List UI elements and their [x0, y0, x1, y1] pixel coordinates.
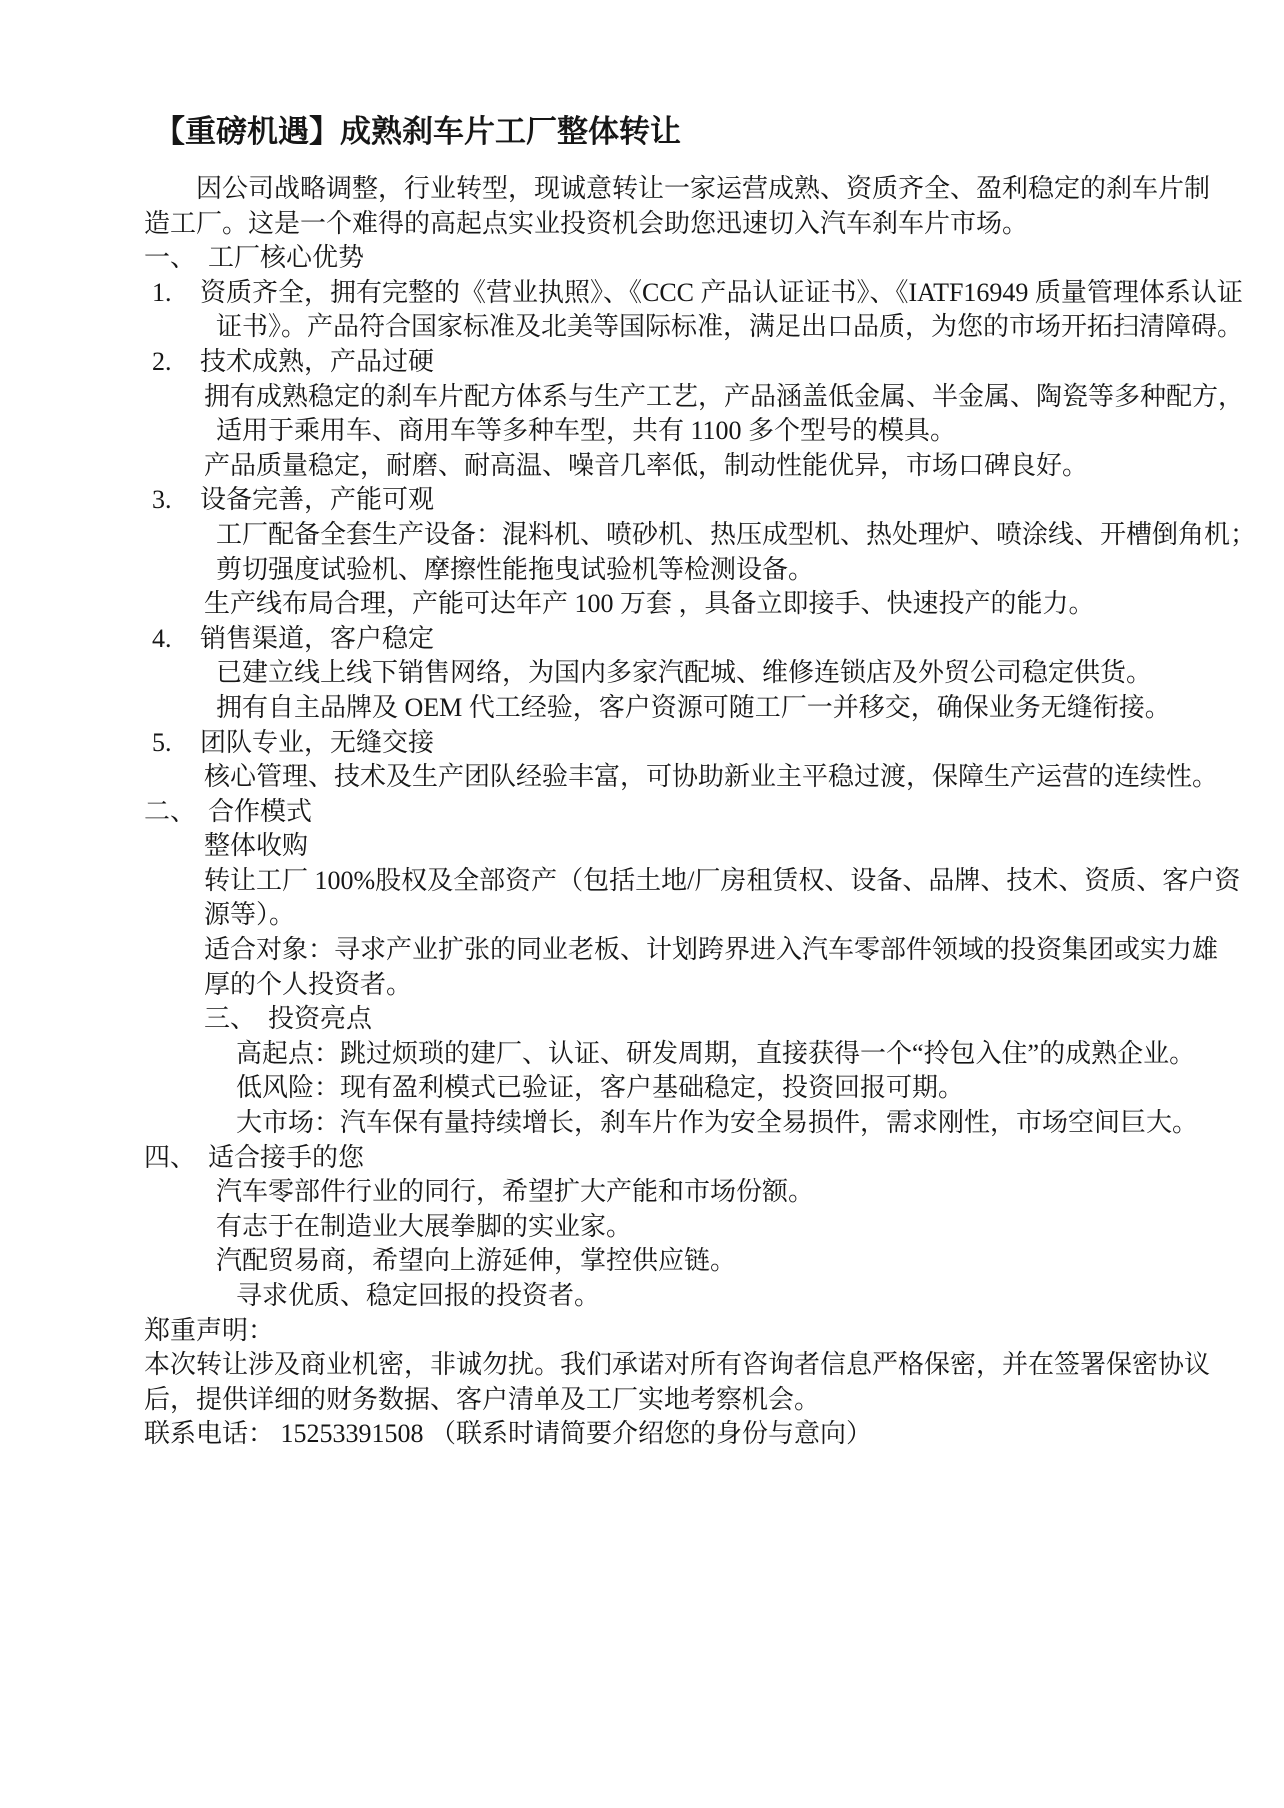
line-text: 源等）。	[204, 900, 295, 929]
text-line: 本次转让涉及商业机密，非诚勿扰。我们承诺对所有咨询者信息严格保密，并在签署保密协…	[144, 1348, 1154, 1383]
line-text: 后，提供详细的财务数据、客户清单及工厂实地考察机会。	[144, 1385, 820, 1414]
line-text: 核心管理、技术及生产团队经验丰富，可协助新业主平稳过渡，保障生产运营的连续性。	[204, 762, 1218, 791]
section-heading: 二、合作模式	[144, 795, 1154, 830]
section-heading: 一、工厂核心优势	[144, 241, 1154, 276]
text-line: 适合对象：寻求产业扩张的同业老板、计划跨界进入汽车零部件领域的投资集团或实力雄	[144, 933, 1154, 968]
text-line: 厚的个人投资者。	[144, 968, 1154, 1003]
text-line: 高起点：跳过烦琐的建厂、认证、研发周期，直接获得一个“拎包入住”的成熟企业。	[144, 1037, 1154, 1072]
document-body: 因公司战略调整，行业转型，现诚意转让一家运营成熟、资质齐全、盈利稳定的刹车片制造…	[144, 172, 1154, 1452]
text-line: 有志于在制造业大展拳脚的实业家。	[144, 1210, 1154, 1245]
section-heading: 三、投资亮点	[144, 1002, 1154, 1037]
line-text: 剪切强度试验机、摩擦性能拖曳试验机等检测设备。	[216, 555, 814, 584]
line-text: 造工厂。这是一个难得的高起点实业投资机会助您迅速切入汽车刹车片市场。	[144, 209, 1028, 238]
text-line: 低风险：现有盈利模式已验证，客户基础稳定，投资回报可期。	[144, 1071, 1154, 1106]
text-line: 生产线布局合理，产能可达年产 100 万套 ，具备立即接手、快速投产的能力。	[144, 587, 1154, 622]
list-marker: 3.	[144, 483, 200, 518]
text-line: 产品质量稳定，耐磨、耐高温、噪音几率低，制动性能优异，市场口碑良好。	[144, 449, 1154, 484]
section-heading: 四、适合接手的您	[144, 1141, 1154, 1176]
text-line: 源等）。	[144, 898, 1154, 933]
text-line: 工厂配备全套生产设备：混料机、喷砂机、热压成型机、热处理炉、喷涂线、开槽倒角机；	[144, 518, 1154, 553]
line-text: 资质齐全，拥有完整的《营业执照》、《CCC 产品认证证书》、《IATF16949…	[200, 278, 1243, 307]
line-text: 大市场：汽车保有量持续增长，刹车片作为安全易损件，需求刚性，市场空间巨大。	[236, 1108, 1198, 1137]
line-text: 团队专业，无缝交接	[200, 728, 434, 757]
line-text: 汽配贸易商，希望向上游延伸，掌控供应链。	[216, 1246, 736, 1275]
line-text: 产品质量稳定，耐磨、耐高温、噪音几率低，制动性能优异，市场口碑良好。	[204, 451, 1088, 480]
text-line: 适用于乘用车、商用车等多种车型，共有 1100 多个型号的模具。	[144, 414, 1154, 449]
numbered-item: 4.销售渠道，客户稳定	[144, 622, 1154, 657]
text-line: 郑重声明：	[144, 1314, 1154, 1349]
list-marker: 4.	[144, 622, 200, 657]
text-line: 造工厂。这是一个难得的高起点实业投资机会助您迅速切入汽车刹车片市场。	[144, 207, 1154, 242]
line-text: 寻求优质、稳定回报的投资者。	[236, 1281, 600, 1310]
line-text: 本次转让涉及商业机密，非诚勿扰。我们承诺对所有咨询者信息严格保密，并在签署保密协…	[144, 1350, 1210, 1379]
list-marker: 二、	[144, 795, 208, 830]
text-line: 寻求优质、稳定回报的投资者。	[144, 1279, 1154, 1314]
numbered-item: 1.资质齐全，拥有完整的《营业执照》、《CCC 产品认证证书》、《IATF169…	[144, 276, 1154, 311]
line-text: 整体收购	[204, 831, 308, 860]
numbered-item: 3.设备完善，产能可观	[144, 483, 1154, 518]
list-marker: 1.	[144, 276, 200, 311]
line-text: 合作模式	[208, 797, 312, 826]
list-marker: 2.	[144, 345, 200, 380]
line-text: 低风险：现有盈利模式已验证，客户基础稳定，投资回报可期。	[236, 1073, 964, 1102]
line-text: 技术成熟，产品过硬	[200, 347, 434, 376]
list-marker: 5.	[144, 726, 200, 761]
line-text: 生产线布局合理，产能可达年产 100 万套 ，具备立即接手、快速投产的能力。	[204, 589, 1095, 618]
text-line: 已建立线上线下销售网络，为国内多家汽配城、维修连锁店及外贸公司稳定供货。	[144, 656, 1154, 691]
text-line: 拥有成熟稳定的刹车片配方体系与生产工艺，产品涵盖低金属、半金属、陶瓷等多种配方，	[144, 380, 1154, 415]
line-text: 厚的个人投资者。	[204, 970, 412, 999]
line-text: 适合接手的您	[208, 1143, 364, 1172]
line-text: 证书》。产品符合国家标准及北美等国际标准，满足出口品质，为您的市场开拓扫清障碍。	[216, 312, 1243, 341]
line-text: 适用于乘用车、商用车等多种车型，共有 1100 多个型号的模具。	[216, 416, 956, 445]
text-line: 汽车零部件行业的同行，希望扩大产能和市场份额。	[144, 1175, 1154, 1210]
line-text: 汽车零部件行业的同行，希望扩大产能和市场份额。	[216, 1177, 814, 1206]
text-line: 整体收购	[144, 829, 1154, 864]
text-line: 后，提供详细的财务数据、客户清单及工厂实地考察机会。	[144, 1383, 1154, 1418]
line-text: 拥有成熟稳定的刹车片配方体系与生产工艺，产品涵盖低金属、半金属、陶瓷等多种配方，	[204, 382, 1244, 411]
text-line: 因公司战略调整，行业转型，现诚意转让一家运营成熟、资质齐全、盈利稳定的刹车片制	[144, 172, 1154, 207]
text-line: 联系电话： 15253391508 （联系时请简要介绍您的身份与意向）	[144, 1417, 1154, 1452]
line-text: 拥有自主品牌及 OEM 代工经验，客户资源可随工厂一并移交，确保业务无缝衔接。	[216, 693, 1171, 722]
document-title: 【重磅机遇】成熟刹车片工厂整体转让	[154, 112, 1154, 152]
text-line: 拥有自主品牌及 OEM 代工经验，客户资源可随工厂一并移交，确保业务无缝衔接。	[144, 691, 1154, 726]
text-line: 汽配贸易商，希望向上游延伸，掌控供应链。	[144, 1244, 1154, 1279]
numbered-item: 2.技术成熟，产品过硬	[144, 345, 1154, 380]
text-line: 转让工厂 100%股权及全部资产（包括土地/厂房租赁权、设备、品牌、技术、资质、…	[144, 864, 1154, 899]
text-line: 证书》。产品符合国家标准及北美等国际标准，满足出口品质，为您的市场开拓扫清障碍。	[144, 310, 1154, 345]
line-text: 销售渠道，客户稳定	[200, 624, 434, 653]
line-text: 有志于在制造业大展拳脚的实业家。	[216, 1212, 632, 1241]
list-marker: 一、	[144, 241, 208, 276]
line-text: 设备完善，产能可观	[200, 485, 434, 514]
text-line: 剪切强度试验机、摩擦性能拖曳试验机等检测设备。	[144, 553, 1154, 588]
line-text: 工厂核心优势	[208, 243, 364, 272]
line-text: 高起点：跳过烦琐的建厂、认证、研发周期，直接获得一个“拎包入住”的成熟企业。	[236, 1039, 1195, 1068]
list-marker: 三、	[204, 1002, 268, 1037]
line-text: 转让工厂 100%股权及全部资产（包括土地/厂房租赁权、设备、品牌、技术、资质、…	[204, 866, 1240, 895]
line-text: 工厂配备全套生产设备：混料机、喷砂机、热压成型机、热处理炉、喷涂线、开槽倒角机；	[216, 520, 1256, 549]
line-text: 因公司战略调整，行业转型，现诚意转让一家运营成熟、资质齐全、盈利稳定的刹车片制	[196, 174, 1210, 203]
line-text: 郑重声明：	[144, 1316, 274, 1345]
line-text: 投资亮点	[268, 1004, 372, 1033]
document-page: 【重磅机遇】成熟刹车片工厂整体转让 因公司战略调整，行业转型，现诚意转让一家运营…	[0, 0, 1284, 1808]
numbered-item: 5.团队专业，无缝交接	[144, 726, 1154, 761]
text-line: 核心管理、技术及生产团队经验丰富，可协助新业主平稳过渡，保障生产运营的连续性。	[144, 760, 1154, 795]
line-text: 联系电话： 15253391508 （联系时请简要介绍您的身份与意向）	[144, 1419, 872, 1448]
line-text: 已建立线上线下销售网络，为国内多家汽配城、维修连锁店及外贸公司稳定供货。	[216, 658, 1152, 687]
list-marker: 四、	[144, 1141, 208, 1176]
line-text: 适合对象：寻求产业扩张的同业老板、计划跨界进入汽车零部件领域的投资集团或实力雄	[204, 935, 1218, 964]
text-line: 大市场：汽车保有量持续增长，刹车片作为安全易损件，需求刚性，市场空间巨大。	[144, 1106, 1154, 1141]
